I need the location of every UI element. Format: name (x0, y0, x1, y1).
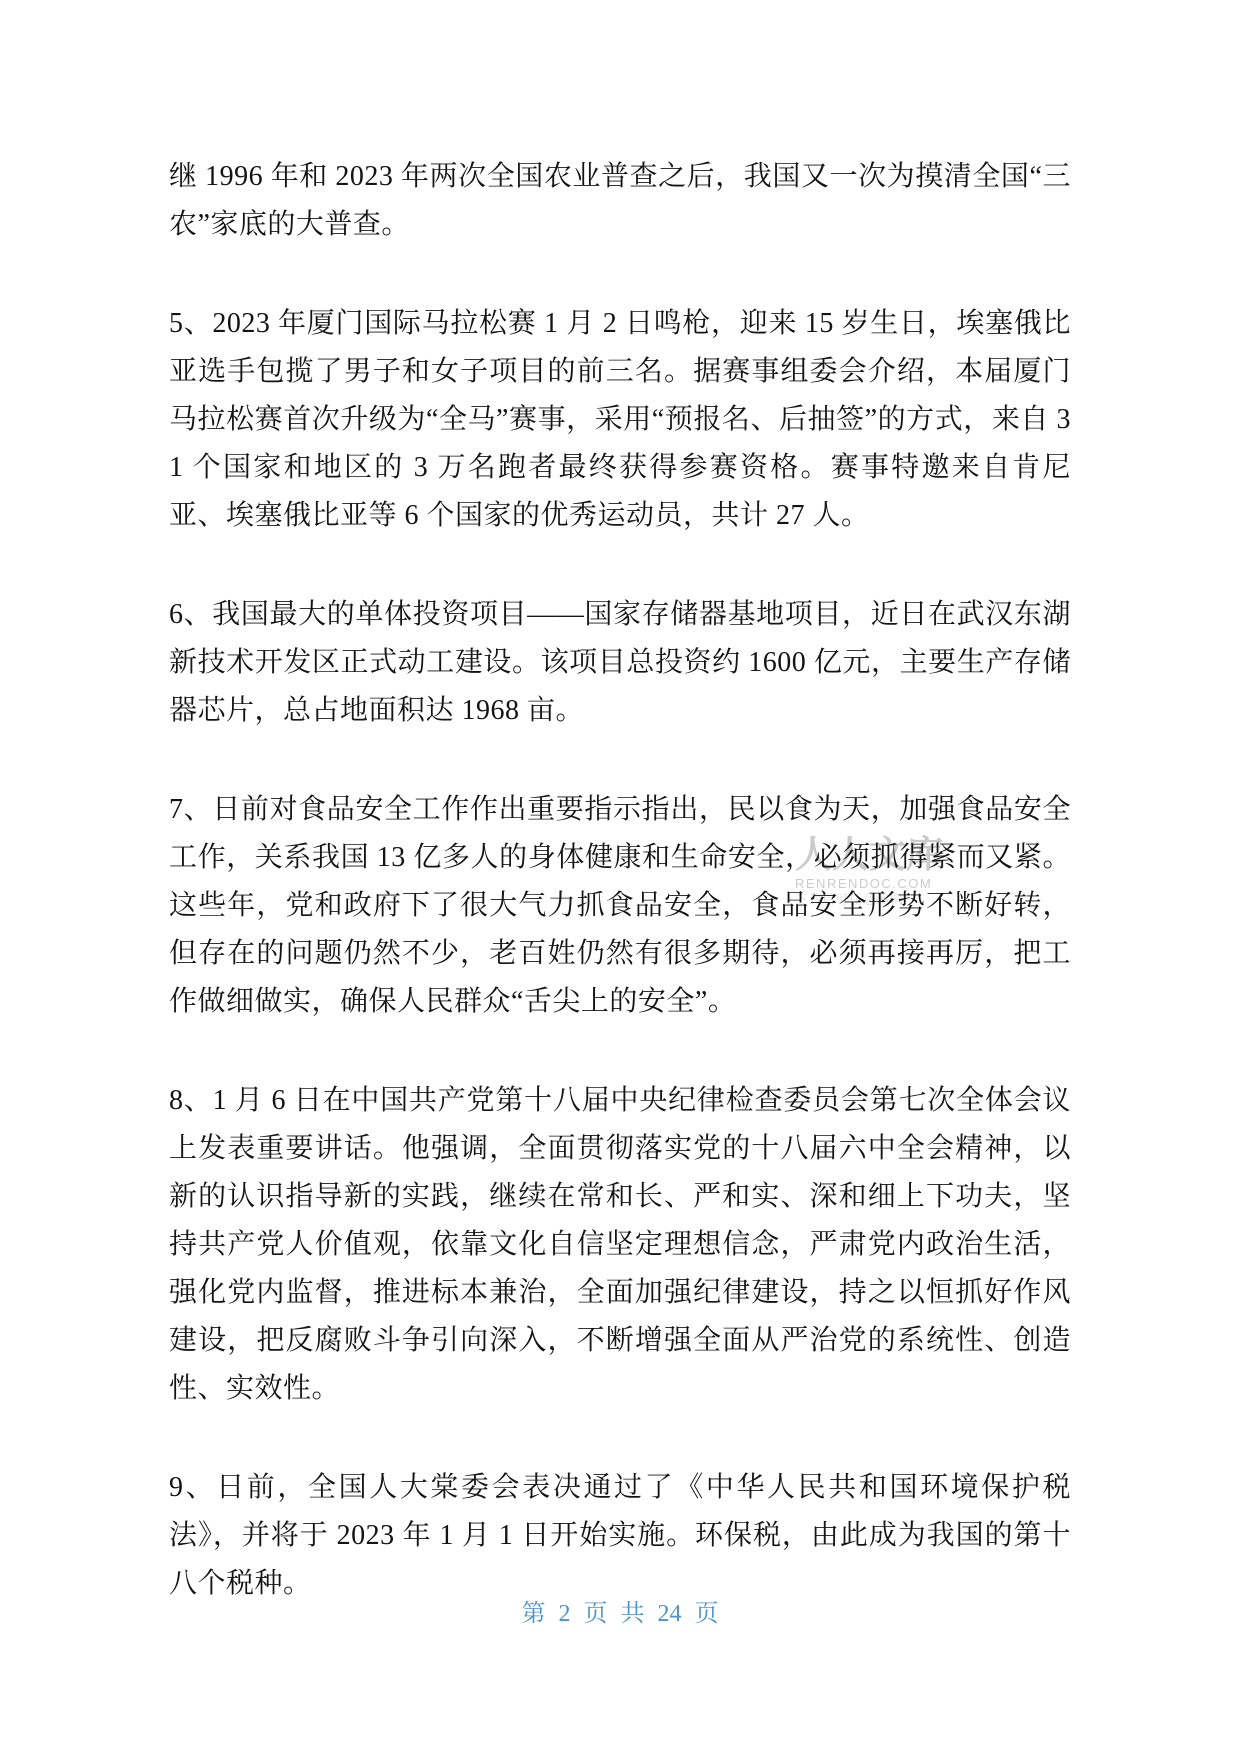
footer-page-unit: 页 (584, 1599, 608, 1629)
document-body: 继 1996 年和 2023 年两次全国农业普查之后，我国又一次为摸清全国“三农… (169, 153, 1071, 1659)
footer-prefix-label: 第 (522, 1599, 546, 1629)
paragraph-item-7: 7、日前对食品安全工作作出重要指示指出，民以食为天，加强食品安全工作，关系我国 … (169, 786, 1071, 1026)
paragraph-item-6: 6、我国最大的单体投资项目——国家存储器基地项目，近日在武汉东湖新技术开发区正式… (169, 591, 1071, 735)
paragraph-item-5: 5、2023 年厦门国际马拉松赛 1 月 2 日鸣枪，迎来 15 岁生日，埃塞俄… (169, 300, 1071, 540)
document-page: 人人文库 RENRENDOC.COM 下载后可任意编辑 继 1996 年和 20… (0, 0, 1240, 1753)
paragraph-item-9: 9、日前，全国人大棠委会表决通过了《中华人民共和国环境保护税法》，并将于 202… (169, 1464, 1071, 1608)
page-number-footer: 第 2 页 共 24 页 (0, 1599, 1240, 1629)
footer-total-label: 共 (621, 1599, 645, 1629)
paragraph-continuation: 继 1996 年和 2023 年两次全国农业普查之后，我国又一次为摸清全国“三农… (169, 153, 1071, 249)
footer-page-unit-2: 页 (695, 1599, 719, 1629)
footer-current-page: 2 (559, 1599, 571, 1629)
paragraph-item-8: 8、1 月 6 日在中国共产党第十八届中央纪律检查委员会第七次全体会议上发表重要… (169, 1077, 1071, 1413)
footer-total-pages: 24 (658, 1599, 682, 1629)
